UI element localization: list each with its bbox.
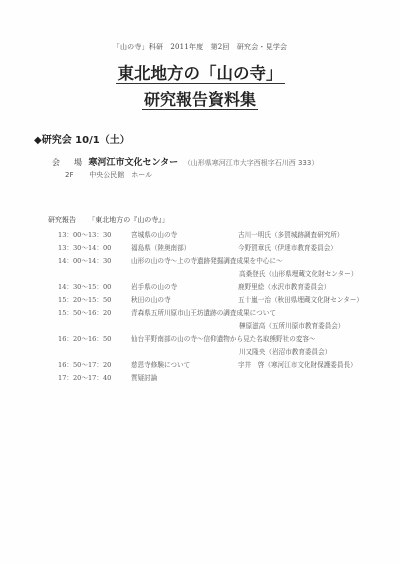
schedule-topic: 山形の山の寺～上の寺遺跡発掘調査成果を中心に～ <box>131 255 283 265</box>
schedule-speaker: 榊原滋高（五所川原市教育委員会） <box>239 320 345 330</box>
schedule-topic: 質疑討論 <box>131 372 157 382</box>
schedule-topic: 宮城県の山の寺 <box>131 229 177 239</box>
schedule-speaker: 高桑登氏（山形県埋蔵文化財センター） <box>239 268 357 278</box>
schedule-row: 15：20～15：50 秋田の山の寺 五十嵐一治（秋田県埋蔵文化財センター） <box>58 294 388 307</box>
report-theme: 「東北地方の『山の寺』」 <box>88 216 169 224</box>
venue-floor: 2F <box>65 171 87 179</box>
schedule-topic: 仙台平野南部の山の寺～信仰遺物から見た名取熊野社の変容～ <box>131 333 316 343</box>
schedule-time: 14：30～15：00 <box>58 281 130 291</box>
schedule-list: 13：00～13：30 宮城県の山の寺 古川一明氏（多賀城跡調査研究所） 13：… <box>58 229 388 385</box>
schedule-row: 13：30～14：00 福島県（陸奥南部） 今野賀章氏（伊達市教育委員会） <box>58 242 388 255</box>
schedule-speaker: 古川一明氏（多賀城跡調査研究所） <box>238 229 344 239</box>
document-subtitle: 研究報告資料集 <box>0 87 400 110</box>
venue-label: 会 場 <box>52 157 86 168</box>
series-header: 「山の寺」科研 2011年度 第2回 研究会・見学会 <box>0 42 400 52</box>
schedule-speaker: 鹿野里絵（水沢市教育委員会） <box>238 281 330 291</box>
title-line-1: 東北地方の「山の寺」 <box>116 64 285 84</box>
schedule-time: 16：50～17：20 <box>58 359 130 369</box>
venue-name: 寒河江市文化センター <box>89 158 179 168</box>
schedule-speaker: 川又隆央（岩沼市教育委員会） <box>239 346 331 356</box>
document-page: 「山の寺」科研 2011年度 第2回 研究会・見学会 東北地方の「山の寺」 研究… <box>0 0 400 564</box>
report-heading: 研究報告 「東北地方の『山の寺』」 <box>48 215 169 225</box>
schedule-time: 14：00～14：30 <box>58 255 130 265</box>
schedule-topic: 秋田の山の寺 <box>131 294 171 304</box>
schedule-time: 15：20～15：50 <box>58 294 130 304</box>
schedule-row: 17：20～17：40 質疑討論 <box>58 372 388 385</box>
venue-row: 会 場 寒河江市文化センター （山形県寒河江市大字西根字石川西 333） <box>52 155 318 168</box>
schedule-speaker: 宇井 啓（寒河江市文化財保護委員長） <box>238 359 357 369</box>
document-title: 東北地方の「山の寺」 <box>0 60 400 84</box>
meeting-heading: ◆研究会 10/1（土） <box>34 131 130 146</box>
schedule-topic: 福島県（陸奥南部） <box>131 242 190 252</box>
schedule-speaker: 五十嵐一治（秋田県埋蔵文化財センター） <box>238 294 363 304</box>
schedule-row: 川又隆央（岩沼市教育委員会） <box>58 346 388 359</box>
schedule-row: 14：30～15：00 岩手県の山の寺 鹿野里絵（水沢市教育委員会） <box>58 281 388 294</box>
schedule-row: 13：00～13：30 宮城県の山の寺 古川一明氏（多賀城跡調査研究所） <box>58 229 388 242</box>
schedule-row: 高桑登氏（山形県埋蔵文化財センター） <box>58 268 388 281</box>
schedule-topic: 慈恩寺修験について <box>131 359 190 369</box>
schedule-row: 15：50～16：20 青森県五所川原市山王坊遺跡の調査成果について <box>58 307 388 320</box>
schedule-row: 16：20～16：50 仙台平野南部の山の寺～信仰遺物から見た名取熊野社の変容～ <box>58 333 388 346</box>
schedule-time: 13：00～13：30 <box>58 229 130 239</box>
schedule-speaker: 今野賀章氏（伊達市教育委員会） <box>238 242 337 252</box>
report-label: 研究報告 <box>48 216 76 224</box>
venue-address: （山形県寒河江市大字西根字石川西 333） <box>184 159 319 167</box>
schedule-topic: 岩手県の山の寺 <box>131 281 177 291</box>
schedule-row: 榊原滋高（五所川原市教育委員会） <box>58 320 388 333</box>
schedule-time: 13：30～14：00 <box>58 242 130 252</box>
venue-room: 中央公民館 ホール <box>89 171 152 179</box>
title-line-2: 研究報告資料集 <box>142 90 258 110</box>
schedule-row: 16：50～17：20 慈恩寺修験について 宇井 啓（寒河江市文化財保護委員長） <box>58 359 388 372</box>
schedule-time: 16：20～16：50 <box>58 333 130 343</box>
schedule-topic: 青森県五所川原市山王坊遺跡の調査成果について <box>131 307 276 317</box>
schedule-time: 17：20～17：40 <box>58 372 130 382</box>
venue-room-row: 2F 中央公民館 ホール <box>65 170 152 180</box>
schedule-row: 14：00～14：30 山形の山の寺～上の寺遺跡発掘調査成果を中心に～ <box>58 255 388 268</box>
schedule-time: 15：50～16：20 <box>58 307 130 317</box>
